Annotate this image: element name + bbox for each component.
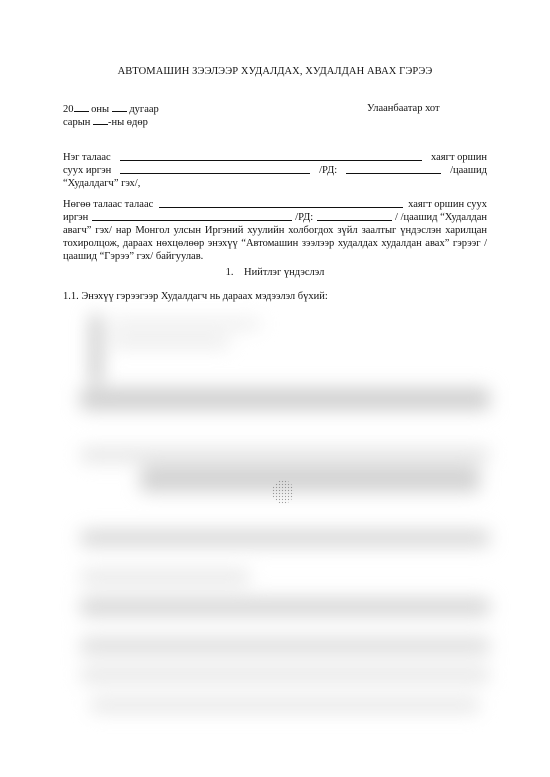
- buyer-rd-blank[interactable]: [317, 211, 392, 221]
- blurred-content: [80, 308, 500, 723]
- buyer-hereinafter: / /цаашид “Худалдан: [395, 211, 487, 224]
- seller-address-label: хаягт оршин: [431, 151, 487, 164]
- seller-line-3: “Худалдагч” гэх/,: [63, 177, 140, 190]
- month-word: сарын: [63, 117, 93, 128]
- month-blank[interactable]: [112, 102, 127, 112]
- section-number: 1.: [226, 267, 234, 278]
- seller-name-blank[interactable]: [120, 164, 310, 174]
- seller-rd-label: /РД:: [319, 164, 337, 177]
- section-1-heading: 1. Нийтлэг үндэслэл: [0, 266, 550, 279]
- date-line-1: 20 оны дугаар: [63, 102, 159, 116]
- date-line-2: сарын -ны өдөр: [63, 115, 148, 129]
- document-page: АВТОМАШИН ЗЭЭЛЭЭР ХУДАЛДАХ, ХУДАЛДАН АВА…: [0, 0, 550, 777]
- year-prefix: 20: [63, 104, 74, 115]
- section-title: Нийтлэг үндэслэл: [244, 267, 324, 278]
- buyer-rd-label: /РД:: [295, 211, 313, 224]
- clause-1-1: 1.1. Энэхүү гэрээгээр Худалдагч нь дараа…: [63, 290, 328, 303]
- seller-citizen-label: суух иргэн: [63, 164, 111, 177]
- place: Улаанбаатар хот: [367, 102, 440, 115]
- buyer-label: Нөгөө талаас талаас: [63, 198, 153, 211]
- seller-address-blank[interactable]: [120, 151, 422, 161]
- seller-hereinafter: /цаашид: [450, 164, 487, 177]
- buyer-name-blank[interactable]: [92, 211, 292, 221]
- document-title: АВТОМАШИН ЗЭЭЛЭЭР ХУДАЛДАХ, ХУДАЛДАН АВА…: [0, 66, 550, 77]
- buyer-address-blank[interactable]: [159, 198, 403, 208]
- buyer-line-1: Нөгөө талаас талаас хаягт оршин суух: [63, 198, 487, 211]
- seller-rd-blank[interactable]: [346, 164, 441, 174]
- year-blank[interactable]: [74, 102, 89, 112]
- seller-line-1: Нэг талаас хаягт оршин: [63, 151, 487, 164]
- noise-speck: [272, 480, 294, 504]
- seller-label: Нэг талаас: [63, 151, 111, 164]
- buyer-paragraph-body: авагч” гэх/ нар Монгол улсын Иргэний хуу…: [63, 224, 487, 264]
- year-label: оны: [89, 104, 112, 115]
- day-label: -ны өдөр: [108, 117, 148, 128]
- buyer-line-2: иргэн /РД: / /цаашид “Худалдан: [63, 211, 487, 224]
- buyer-citizen-label: иргэн: [63, 211, 88, 224]
- buyer-address-label: хаягт оршин суух: [408, 198, 487, 211]
- day-blank[interactable]: [93, 115, 108, 125]
- seller-line-2: суух иргэн /РД: /цаашид: [63, 164, 487, 177]
- month-label: дугаар: [127, 104, 159, 115]
